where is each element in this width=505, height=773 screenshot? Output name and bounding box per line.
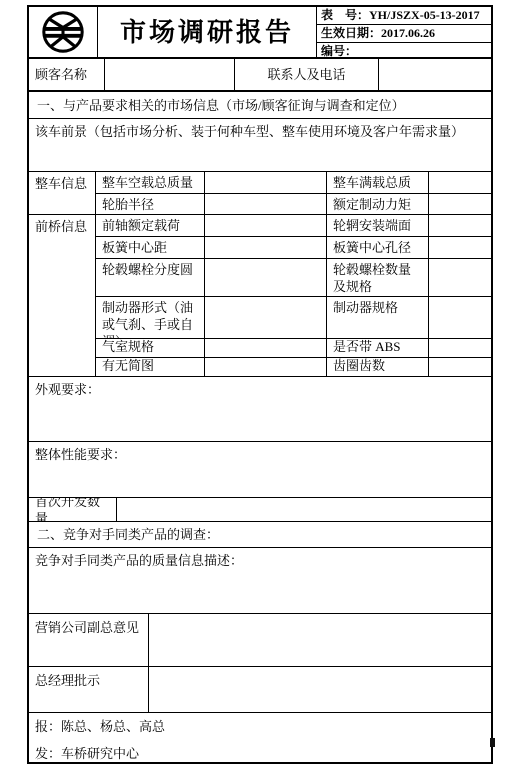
form-number-line: 表 号： YH/JSZX-05-13-2017 [317,7,491,25]
logo-cell [29,7,98,57]
group-front-axle-info: 前桥信息 [29,215,95,376]
spec-rows: 整车空载总质量 整车满载总质量 轮胎半径 额定制动力矩 前轴额定载荷 轮辋安装端… [96,172,491,376]
spec-left-value[interactable] [205,358,327,376]
marketing-vp-opinion-row: 营销公司副总意见 [29,614,491,667]
appearance-requirements-row: 外观要求： [29,377,491,442]
first-development-qty-row: 首次开发数量 [29,498,491,522]
market-research-form: 市场调研报告 表 号： YH/JSZX-05-13-2017 生效日期： 201… [27,5,493,764]
scanned-form-page: 市场调研报告 表 号： YH/JSZX-05-13-2017 生效日期： 201… [0,0,505,773]
spec-right-value[interactable] [429,194,491,214]
appearance-requirements-field[interactable]: 外观要求： [29,377,491,441]
spec-left-label: 制动器形式（油或气刹、手或自调） [96,297,205,338]
vehicle-prospect-row: 该车前景（包括市场分析、装于何种车型、整车使用环境及客户年需求量） [29,119,491,172]
spec-right-value[interactable] [429,297,491,338]
first-development-qty-field[interactable] [117,498,491,521]
spec-right-value[interactable] [429,237,491,258]
vehicle-prospect-field[interactable]: 该车前景（包括市场分析、装于何种车型、整车使用环境及客户年需求量） [29,119,491,171]
spec-left-value[interactable] [205,259,327,296]
spec-left-value[interactable] [205,194,327,214]
spec-row-axle-load: 前轴额定载荷 轮辋安装端面距 [96,215,491,237]
form-meta-block: 表 号： YH/JSZX-05-13-2017 生效日期： 2017.06.26… [317,7,491,57]
spec-left-label: 轮胎半径 [96,194,205,214]
report-to-line: 报：陈总、杨总、高总 [35,718,485,735]
performance-requirements-field[interactable]: 整体性能要求： [29,442,491,497]
effective-date-line: 生效日期： 2017.06.26 [317,25,491,43]
spec-right-label: 轮辋安装端面距 [327,215,429,236]
gm-instructions-row: 总经理批示 [29,667,491,713]
gm-instructions-field[interactable] [149,667,491,712]
form-number-value: YH/JSZX-05-13-2017 [369,7,480,24]
section2-heading-row: 二、竞争对手同类产品的调查： [29,522,491,548]
gm-instructions-label: 总经理批示 [29,667,149,712]
spec-left-value[interactable] [205,237,327,258]
spec-right-value[interactable] [429,339,491,357]
effective-date-value: 2017.06.26 [381,25,435,42]
customer-name-field[interactable] [105,59,235,90]
spec-row-bolt-circle: 轮毂螺栓分度圆 轮毂螺栓数量及规格 [96,259,491,297]
contact-phone-label: 联系人及电话 [235,59,379,90]
performance-requirements-row: 整体性能要求： [29,442,491,498]
distribution-row: 报：陈总、杨总、高总 发：车桥研究中心 [29,713,491,762]
effective-date-label: 生效日期： [321,25,381,42]
spec-table: 整车信息 前桥信息 整车空载总质量 整车满载总质量 轮胎半径 额定制动力矩 前 [29,172,491,377]
spec-left-value[interactable] [205,172,327,193]
section1-heading: 一、与产品要求相关的市场信息（市场/顾客征询与调查和定位） [29,92,491,118]
spec-right-label: 齿圈齿数 [327,358,429,376]
spec-row-brake-type: 制动器形式（油或气刹、手或自调） 制动器规格 [96,297,491,339]
spec-right-value[interactable] [429,215,491,236]
spec-right-value[interactable] [429,358,491,376]
customer-name-label: 顾客名称 [29,59,105,90]
spec-left-value[interactable] [205,339,327,357]
spec-right-label: 额定制动力矩 [327,194,429,214]
contact-phone-field[interactable] [379,59,491,90]
spec-left-value[interactable] [205,215,327,236]
marketing-vp-opinion-label: 营销公司副总意见 [29,614,149,666]
distribute-to-line: 发：车桥研究中心 [35,745,485,762]
spec-left-label: 轮毂螺栓分度圆 [96,259,205,296]
group-vehicle-info: 整车信息 [29,172,95,215]
spec-row-spring-center: 板簧中心距 板簧中心孔径 [96,237,491,259]
competitor-quality-field[interactable]: 竞争对手同类产品的质量信息描述： [29,548,491,613]
spec-right-label: 制动器规格 [327,297,429,338]
spec-right-label: 整车满载总质量 [327,172,429,193]
first-development-qty-label: 首次开发数量 [29,498,117,521]
form-number-label: 表 号： [321,7,369,24]
marketing-vp-opinion-field[interactable] [149,614,491,666]
spec-row-tire-radius: 轮胎半径 额定制动力矩 [96,194,491,215]
spec-row-curb-weight: 整车空载总质量 整车满载总质量 [96,172,491,194]
spec-row-chamber-spec: 气室规格 是否带 ABS [96,339,491,358]
scan-artifact-mark [490,738,495,747]
spec-right-label: 是否带 ABS [327,339,429,357]
serial-number-line: 编号： [317,43,491,57]
customer-row: 顾客名称 联系人及电话 [29,59,491,92]
serial-number-label: 编号： [321,43,357,57]
spec-group-column: 整车信息 前桥信息 [29,172,96,376]
form-title: 市场调研报告 [98,7,317,57]
spec-left-label: 整车空载总质量 [96,172,205,193]
wheel-logo-icon [40,9,86,55]
spec-right-value[interactable] [429,172,491,193]
section2-heading: 二、竞争对手同类产品的调查： [29,522,491,547]
spec-row-sketch: 有无简图 齿圈齿数 [96,358,491,376]
distribution-block: 报：陈总、杨总、高总 发：车桥研究中心 [29,713,491,762]
section1-heading-row: 一、与产品要求相关的市场信息（市场/顾客征询与调查和定位） [29,92,491,119]
spec-left-value[interactable] [205,297,327,338]
spec-left-label: 气室规格 [96,339,205,357]
form-header-row: 市场调研报告 表 号： YH/JSZX-05-13-2017 生效日期： 201… [29,7,491,59]
spec-left-label: 前轴额定载荷 [96,215,205,236]
spec-right-value[interactable] [429,259,491,296]
spec-right-label: 轮毂螺栓数量及规格 [327,259,429,296]
spec-right-label: 板簧中心孔径 [327,237,429,258]
competitor-quality-row: 竞争对手同类产品的质量信息描述： [29,548,491,614]
spec-left-label: 板簧中心距 [96,237,205,258]
spec-left-label: 有无简图 [96,358,205,376]
